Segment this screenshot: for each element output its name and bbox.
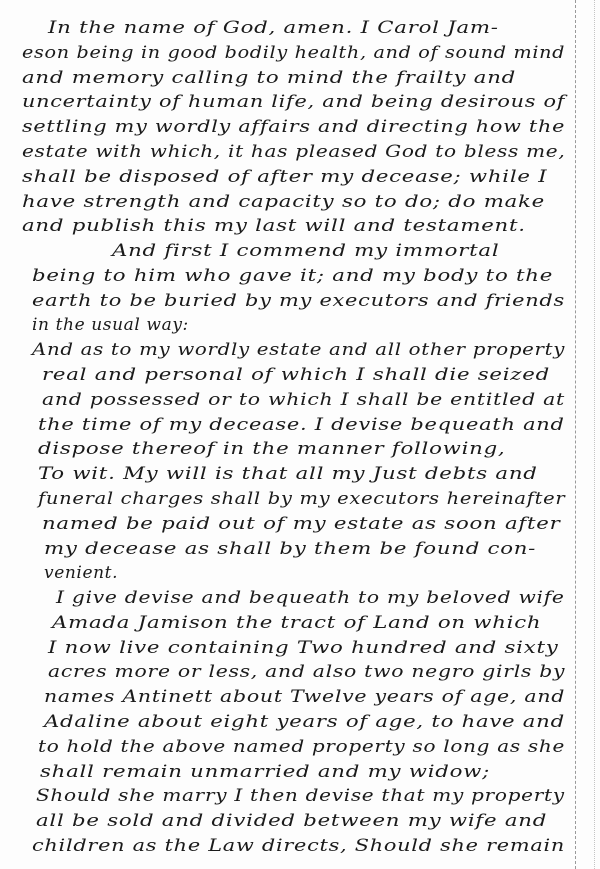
text-line: being to him who gave it; and my body to… xyxy=(32,266,553,286)
text-line: my decease as shall by them be found con… xyxy=(44,539,536,559)
text-line: Amada Jamison the tract of Land on which xyxy=(52,613,541,633)
text-line: venient. xyxy=(44,563,118,583)
text-line: and possessed or to which I shall be ent… xyxy=(42,390,565,410)
text-line: named be paid out of my estate as soon a… xyxy=(42,514,561,534)
text-line: eson being in good bodily health, and of… xyxy=(22,43,565,63)
text-line: settling my wordly affairs and directing… xyxy=(22,117,565,137)
text-line: real and personal of which I shall die s… xyxy=(42,365,550,385)
text-line: Should she marry I then devise that my p… xyxy=(36,786,565,806)
text-line: shall remain unmarried and my widow; xyxy=(40,762,490,782)
text-line: in the usual way: xyxy=(32,315,189,335)
text-line: Adaline about eight years of age, to hav… xyxy=(44,712,565,732)
manuscript-page: In the name of God, amen. I Carol Jam- e… xyxy=(0,0,600,869)
text-line: And first I commend my immortal xyxy=(112,241,499,261)
text-line: shall be disposed of after my decease; w… xyxy=(22,167,547,187)
text-line: the time of my decease. I devise bequeat… xyxy=(38,415,565,435)
text-line: children as the Law directs, Should she … xyxy=(32,836,565,856)
text-line: To wit. My will is that all my Just debt… xyxy=(38,464,538,484)
text-line: And as to my wordly estate and all other… xyxy=(32,340,565,360)
text-line: to hold the above named property so long… xyxy=(38,737,565,757)
text-line: I give devise and bequeath to my beloved… xyxy=(56,588,565,608)
page-edge-rule xyxy=(594,0,595,869)
text-line: estate with which, it has pleased God to… xyxy=(22,142,565,162)
text-line: earth to be buried by my executors and f… xyxy=(32,291,565,311)
text-line: acres more or less, and also two negro g… xyxy=(48,662,565,682)
text-line: dispose thereof in the manner following, xyxy=(38,439,505,459)
text-line: all be sold and divided between my wife … xyxy=(36,811,547,831)
text-line: In the name of God, amen. I Carol Jam- xyxy=(48,18,499,38)
page-margin-rule xyxy=(575,0,576,869)
text-line: names Antinett about Twelve years of age… xyxy=(44,687,565,707)
text-line: uncertainty of human life, and being des… xyxy=(22,92,565,112)
text-line: I now live containing Two hundred and si… xyxy=(48,638,559,658)
text-line: have strength and capacity so to do; do … xyxy=(22,192,545,212)
text-line: and memory calling to mind the frailty a… xyxy=(22,68,516,88)
text-line: and publish this my last will and testam… xyxy=(22,216,526,236)
text-line: funeral charges shall by my executors he… xyxy=(38,489,565,509)
